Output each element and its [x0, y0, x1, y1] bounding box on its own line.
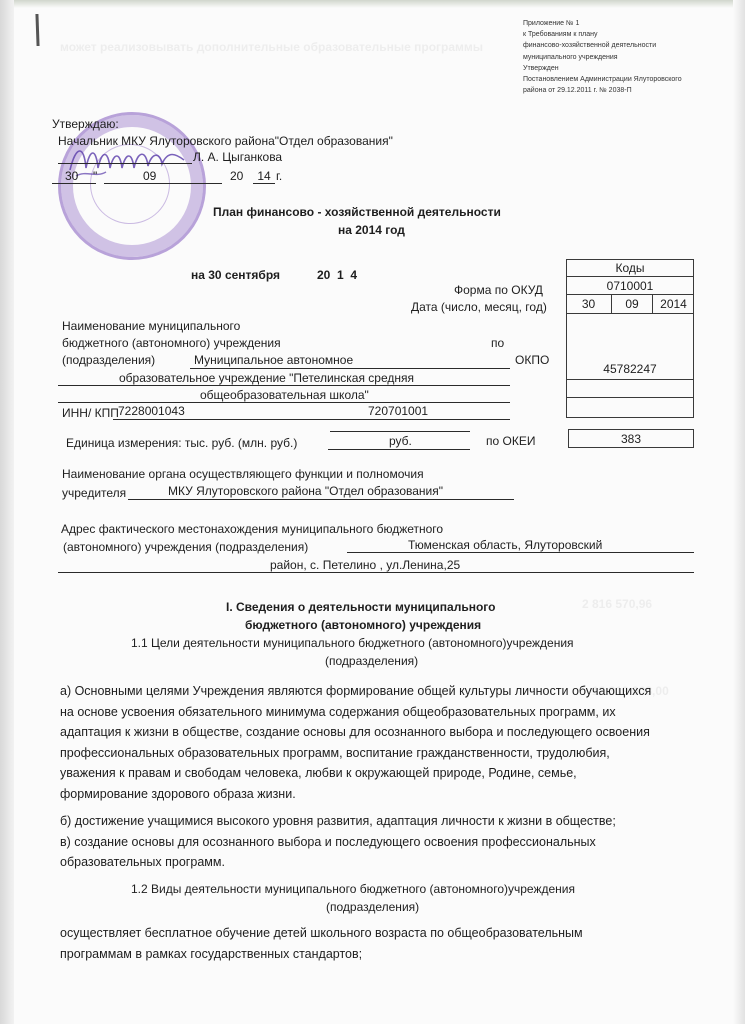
goal-a-line: на основе усвоения обязательного минимум… [60, 702, 730, 723]
goal-b-line: б) достижение учащимися высокого уровня … [60, 811, 730, 832]
okud-label: Форма по ОКУД [454, 283, 543, 297]
okpo-label-1: по [491, 336, 504, 350]
founder-value: МКУ Ялуторовского района "Отдел образова… [168, 484, 443, 498]
goal-a-line: а) Основными целями Учреждения являются … [60, 681, 730, 702]
goal-a-line: формирование здорового образа жизни. [60, 784, 730, 805]
approval-year-unit: г. [276, 169, 282, 183]
signature-line [58, 163, 192, 164]
unit-label: Единица измерения: тыс. руб. (млн. руб.) [66, 436, 297, 450]
section-heading-2: бюджетного (автономного) учреждения [245, 618, 481, 632]
institution-name-2: образовательное учреждение "Петелинская … [119, 371, 414, 385]
inn-kpp-label: ИНН/ КПП [62, 406, 119, 420]
subsection-1-1-title: 1.1 Цели деятельности муниципального бюд… [131, 636, 574, 650]
unit-line [328, 449, 470, 450]
approval-year-suffix: 14 [253, 169, 275, 184]
institution-name-1: Муниципальное автономное [194, 353, 353, 367]
okud-code: 0710001 [566, 277, 694, 295]
date-month-cell: 09 [612, 295, 653, 314]
okpo-code: 45782247 [566, 358, 694, 380]
goal-v-line: в) создание основы для осознанного выбор… [60, 832, 730, 853]
bleed-through-text: может реализовывать дополнительные образ… [60, 40, 483, 54]
empty-code-cell [566, 380, 694, 398]
extra-line [330, 431, 470, 432]
address-line-1 [347, 552, 694, 553]
activity-line: осуществляет бесплатное обучение детей ш… [60, 923, 730, 944]
page-edge-right [733, 0, 745, 1024]
institution-label-1: Наименование муниципального [62, 319, 240, 333]
appendix-line: Утвержден [523, 63, 682, 74]
goal-b-paragraph: б) достижение учащимися высокого уровня … [60, 811, 730, 873]
approval-quote: " [93, 169, 97, 183]
address-value-2: район, с. Петелино , ул.Ленина,25 [270, 558, 460, 572]
date-label: Дата (число, месяц, год) [411, 300, 547, 314]
institution-name-3: общеобразовательная школа" [200, 388, 369, 402]
inn-kpp-line [113, 419, 510, 420]
codes-header: Коды [566, 259, 694, 277]
okei-label: по ОКЕИ [486, 434, 535, 448]
subsection-1-1-subtitle: (подразделения) [325, 654, 418, 668]
kpp-value: 720701001 [368, 404, 428, 418]
date-day-cell: 30 [566, 295, 612, 314]
unit-value: руб. [389, 434, 412, 448]
goal-a-line: адаптация к жизни в обществе, создание о… [60, 722, 730, 743]
subsection-1-2-subtitle: (подразделения) [326, 900, 419, 914]
appendix-line: Постановлением Администрации Ялуторовско… [523, 74, 682, 85]
date-year-cell: 2014 [653, 295, 694, 314]
okpo-label-2: ОКПО [515, 353, 549, 367]
approval-day: 30 [65, 169, 78, 183]
approval-label: Утверждаю: [52, 117, 119, 131]
document-title: План финансово - хозяйственной деятельно… [213, 205, 501, 219]
approval-position: Начальник МКУ Ялуторовского района"Отдел… [58, 134, 393, 148]
founder-line [128, 499, 514, 500]
as-of-year: 20 1 4 [317, 268, 357, 282]
address-label-2: (автономного) учреждения (подразделения) [63, 540, 308, 554]
bleed-through-value: 2 816 570,96 [582, 597, 652, 611]
institution-line-1 [190, 368, 510, 369]
day-line [52, 183, 96, 184]
goal-a-paragraph: а) Основными целями Учреждения являются … [60, 681, 730, 804]
goal-a-line: профессиональных образовательных програм… [60, 743, 730, 764]
punch-mark [35, 14, 39, 46]
institution-line-3 [58, 402, 510, 403]
section-heading-1: I. Сведения о деятельности муниципальног… [226, 600, 495, 614]
subsection-1-2-title: 1.2 Виды деятельности муниципального бюд… [131, 882, 575, 896]
approval-signer: Л. А. Цыганкова [193, 150, 282, 164]
address-line-2 [58, 572, 694, 573]
page-edge-top [0, 0, 745, 8]
inn-value: 7228001043 [118, 404, 185, 418]
address-value-1: Тюменская область, Ялуторовский [408, 538, 602, 552]
address-label-1: Адрес фактического местонахождения муниц… [61, 522, 443, 536]
appendix-line: Приложение № 1 [523, 18, 682, 29]
founder-label-1: Наименование органа осуществляющего функ… [62, 467, 424, 481]
appendix-line: муниципального учреждения [523, 52, 682, 63]
goal-v-line: образовательных программ. [60, 852, 730, 873]
approval-year-prefix: 20 [230, 169, 243, 183]
month-line [104, 183, 222, 184]
approval-month: 09 [143, 169, 156, 183]
institution-line-2 [58, 385, 510, 386]
appendix-note: Приложение № 1 к Требованиям к плану фин… [523, 18, 682, 96]
okei-code: 383 [568, 429, 694, 448]
appendix-line: к Требованиям к плану [523, 29, 682, 40]
institution-label-3: (подразделения) [62, 353, 155, 367]
founder-label-2: учредителя [62, 486, 126, 500]
goal-a-line: уважения к правам и свободам человека, л… [60, 763, 730, 784]
appendix-line: района от 29.12.2011 г. № 2038-П [523, 85, 682, 96]
institution-label-2: бюджетного (автономного) учреждения [62, 336, 281, 350]
document-subtitle: на 2014 год [338, 223, 405, 237]
as-of-date: на 30 сентября [191, 268, 280, 282]
activity-paragraph: осуществляет бесплатное обучение детей ш… [60, 923, 730, 964]
appendix-line: финансово-хозяйственной деятельности [523, 40, 682, 51]
activity-line: программам в рамках государственных стан… [60, 944, 730, 965]
page-edge-left [0, 0, 14, 1024]
